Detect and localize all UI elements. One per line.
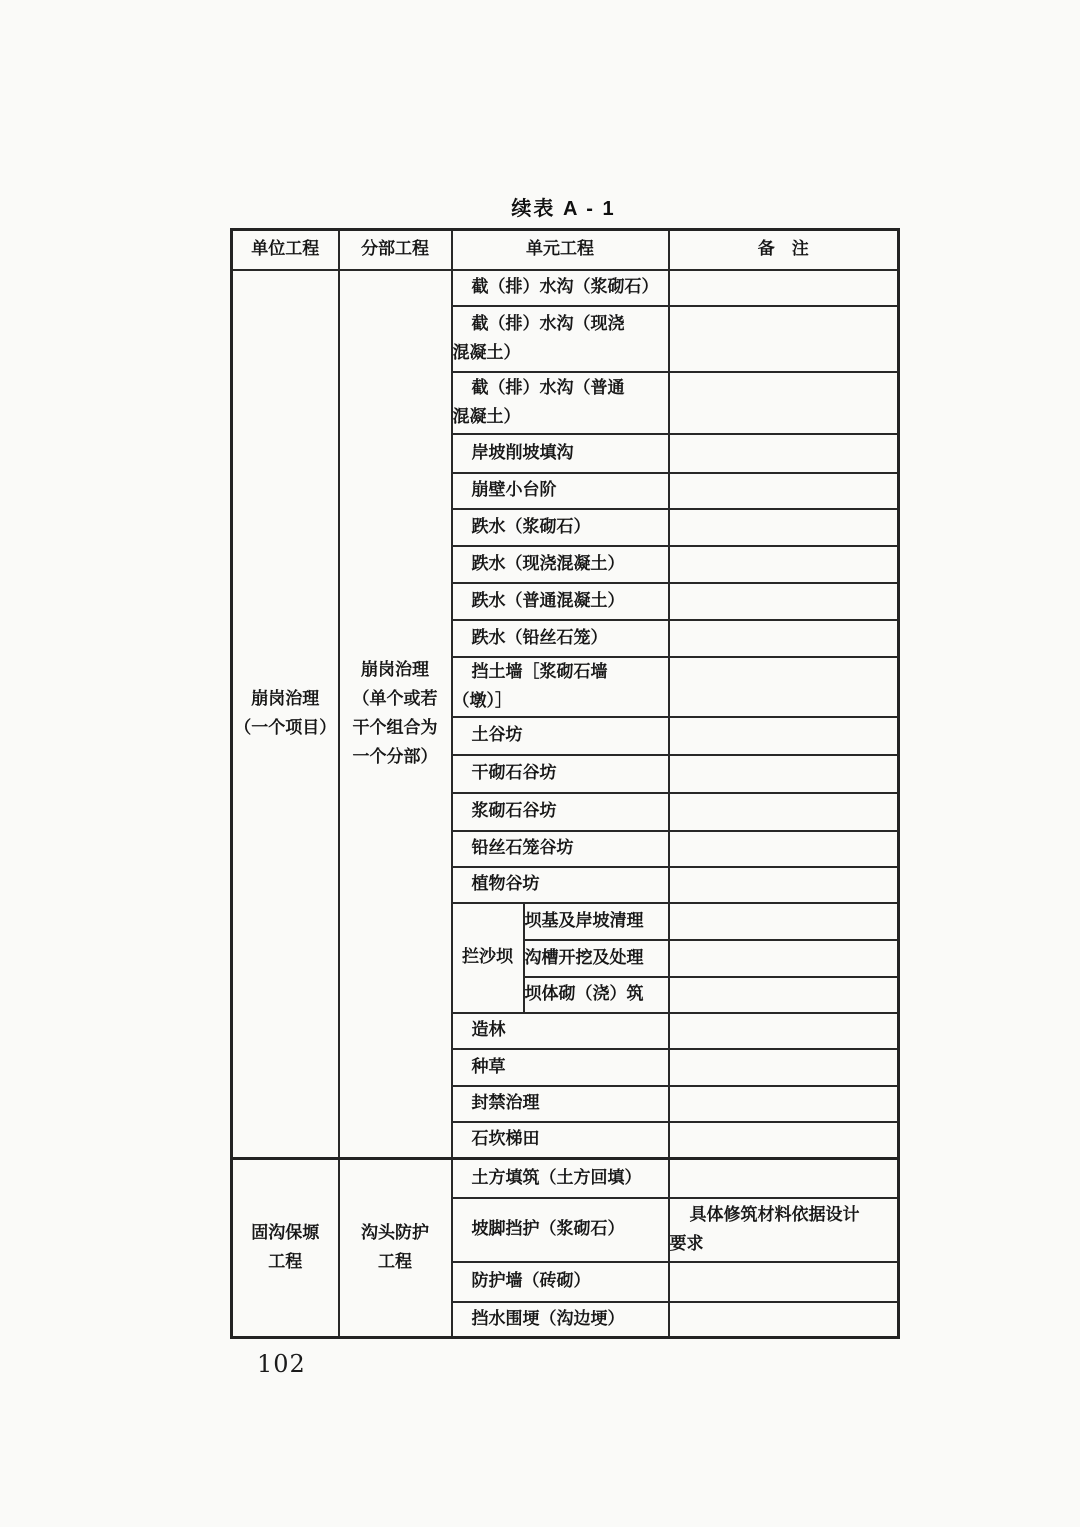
- unit-item-cell: 坡脚挡护（浆砌石）: [452, 1198, 669, 1262]
- remark-cell: [669, 306, 899, 372]
- remark-cell: [669, 546, 899, 583]
- unit-item-cell: 跌水（普通混凝土）: [452, 583, 669, 620]
- unit-item-cell: 截（排）水沟（普通 混凝土）: [452, 372, 669, 434]
- remark-cell: [669, 903, 899, 940]
- header-unit-item: 单元工程: [452, 230, 669, 270]
- unit-item-cell: 种草: [452, 1049, 669, 1086]
- header-unit-project: 单位工程: [232, 230, 339, 270]
- remark-cell: [669, 1262, 899, 1302]
- document-page: 续表 A - 1 单位工程 分部工程 单元工程 备 注 崩岗治理 （一个项目） …: [0, 0, 1080, 1527]
- unit-item-cell: 挡土墙［浆砌石墙 （墩）］: [452, 657, 669, 717]
- unit-item-cell: 植物谷坊: [452, 867, 669, 903]
- remark-cell: [669, 372, 899, 434]
- header-division-project: 分部工程: [339, 230, 452, 270]
- remark-cell: [669, 940, 899, 977]
- unit-item-cell: 浆砌石谷坊: [452, 793, 669, 831]
- unit-project-cell: 固沟保塬 工程: [232, 1159, 339, 1338]
- header-remark: 备 注: [669, 230, 899, 270]
- unit-item-cell: 挡水围埂（沟边埂）: [452, 1302, 669, 1338]
- remark-cell: [669, 473, 899, 509]
- remark-cell: [669, 1122, 899, 1159]
- table-row: 崩岗治理 （一个项目） 崩岗治理 （单个或若 干个组合为 一个分部） 截（排）水…: [232, 270, 899, 306]
- table-title: 续表 A - 1: [230, 192, 897, 221]
- table-header-row: 单位工程 分部工程 单元工程 备 注: [232, 230, 899, 270]
- remark-cell: [669, 509, 899, 546]
- unit-item-cell: 铅丝石笼谷坊: [452, 831, 669, 867]
- dam-sub-item-cell: 沟槽开挖及处理: [524, 940, 669, 977]
- remark-cell: [669, 867, 899, 903]
- unit-project-cell: 崩岗治理 （一个项目）: [232, 270, 339, 1159]
- remark-cell: [669, 1013, 899, 1049]
- remark-cell: [669, 434, 899, 473]
- remark-cell: [669, 1086, 899, 1122]
- dam-sub-item-cell: 坝体砌（浇）筑: [524, 977, 669, 1013]
- remark-cell: [669, 1049, 899, 1086]
- unit-item-cell: 造林: [452, 1013, 669, 1049]
- table-row: 固沟保塬 工程 沟头防护 工程 土方填筑（土方回填）: [232, 1159, 899, 1198]
- unit-item-cell: 跌水（铅丝石笼）: [452, 620, 669, 657]
- remark-cell: [669, 620, 899, 657]
- unit-item-cell: 跌水（浆砌石）: [452, 509, 669, 546]
- remark-cell: [669, 793, 899, 831]
- remark-cell: [669, 270, 899, 306]
- remark-cell: [669, 755, 899, 793]
- unit-item-cell: 石坎梯田: [452, 1122, 669, 1159]
- unit-item-cell: 干砌石谷坊: [452, 755, 669, 793]
- dam-sub-item-cell: 坝基及岸坡清理: [524, 903, 669, 940]
- unit-item-cell: 跌水（现浇混凝土）: [452, 546, 669, 583]
- dam-group-cell: 拦沙坝: [452, 903, 524, 1013]
- remark-cell: [669, 1302, 899, 1338]
- unit-item-cell: 土谷坊: [452, 717, 669, 755]
- division-project-cell: 崩岗治理 （单个或若 干个组合为 一个分部）: [339, 270, 452, 1159]
- remark-cell: [669, 717, 899, 755]
- division-project-cell: 沟头防护 工程: [339, 1159, 452, 1338]
- unit-item-cell: 截（排）水沟（浆砌石）: [452, 270, 669, 306]
- remark-cell: 具体修筑材料依据设计 要求: [669, 1198, 899, 1262]
- continuation-table-a1: 单位工程 分部工程 单元工程 备 注 崩岗治理 （一个项目） 崩岗治理 （单个或…: [230, 228, 900, 1339]
- unit-item-cell: 岸坡削坡填沟: [452, 434, 669, 473]
- unit-item-cell: 截（排）水沟（现浇 混凝土）: [452, 306, 669, 372]
- page-number: 102: [257, 1350, 306, 1378]
- remark-cell: [669, 977, 899, 1013]
- unit-item-cell: 防护墙（砖砌）: [452, 1262, 669, 1302]
- unit-item-cell: 封禁治理: [452, 1086, 669, 1122]
- remark-cell: [669, 1159, 899, 1198]
- unit-item-cell: 土方填筑（土方回填）: [452, 1159, 669, 1198]
- remark-cell: [669, 583, 899, 620]
- remark-cell: [669, 657, 899, 717]
- unit-item-cell: 崩壁小台阶: [452, 473, 669, 509]
- remark-cell: [669, 831, 899, 867]
